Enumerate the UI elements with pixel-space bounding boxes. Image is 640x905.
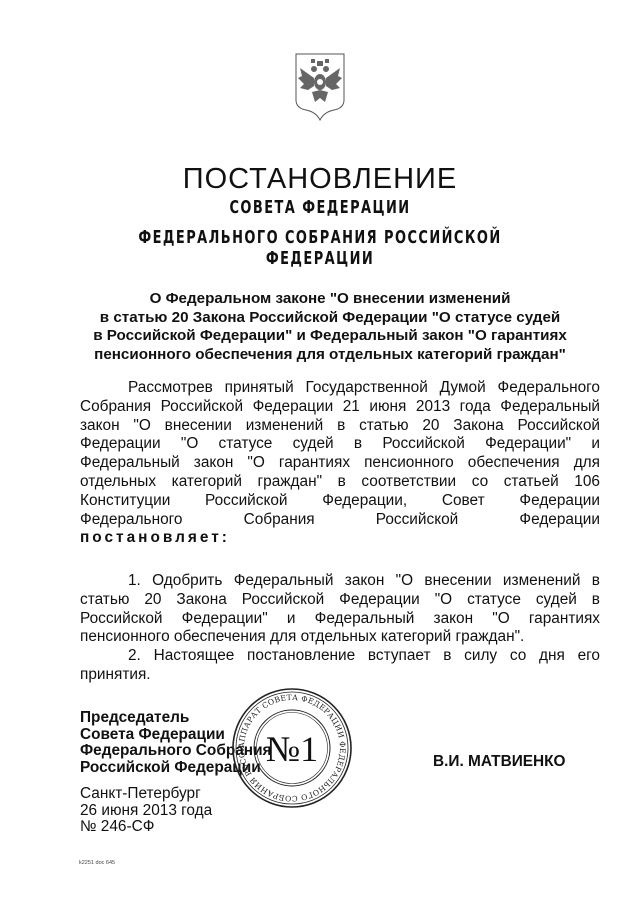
item-line: 2. Настоящее постановление вступает в си… (80, 647, 600, 666)
preamble-line: Федерального Собрания Российской Федерац… (80, 511, 600, 530)
heading-line: О Федеральном законе "О внесении изменен… (80, 290, 580, 309)
preamble-line: Федеральный закон "О гарантиях пенсионно… (80, 454, 600, 473)
document-number: № 246-СФ (80, 819, 212, 836)
document-subtitle-council: СОВЕТА ФЕДЕРАЦИИ (90, 197, 551, 218)
signer-name: В.И. МАТВИЕНКО (433, 753, 566, 771)
heading-line: в Российской Федерации" и Федеральный за… (80, 327, 580, 346)
heading-line: в статью 20 Закона Российской Федерации … (80, 309, 580, 328)
preamble-line: Федерации "О статусе судей в Российской … (80, 435, 600, 454)
footer-code: k2251 doc 645 (79, 860, 115, 866)
place: Санкт-Петербург (80, 786, 212, 803)
resolves-word: постановляет: (80, 529, 600, 548)
stamp-number: №1 (266, 729, 318, 769)
resolution-items: 1. Одобрить Федеральный закон "О внесени… (80, 572, 600, 685)
item-line: Российской Федерации" и Федеральный зако… (80, 610, 600, 629)
coat-of-arms-icon (292, 52, 348, 122)
official-stamp-icon: АППАРАТ СОВЕТА ФЕДЕРАЦИИ ФЕДЕРАЛЬНОГО СО… (230, 686, 354, 810)
document-subtitle-assembly: ФЕДЕРАЛЬНОГО СОБРАНИЯ РОССИЙСКОЙ ФЕДЕРАЦ… (90, 227, 551, 269)
resolution-heading: О Федеральном законе "О внесении изменен… (80, 290, 580, 364)
preamble-paragraph: Рассмотрев принятый Государственной Думо… (80, 379, 600, 548)
place-and-date: Санкт-Петербург 26 июня 2013 года № 246-… (80, 786, 212, 836)
date: 26 июня 2013 года (80, 803, 212, 820)
preamble-line: отдельных категорий граждан" в соответст… (80, 473, 600, 492)
item-line: 1. Одобрить Федеральный закон "О внесени… (80, 572, 600, 591)
preamble-line: Собрания Российской Федерации 21 июня 20… (80, 398, 600, 417)
document-title: ПОСТАНОВЛЕНИЕ (0, 163, 640, 196)
item-line: статью 20 Закона Российской Федерации "О… (80, 591, 600, 610)
preamble-line: закон "О внесении изменений в статью 20 … (80, 417, 600, 436)
heading-line: пенсионного обеспечения для отдельных ка… (80, 346, 580, 365)
item-line: пенсионного обеспечения для отдельных ка… (80, 628, 600, 647)
item-line: принятия. (80, 666, 600, 685)
preamble-line: Рассмотрев принятый Государственной Думо… (80, 379, 600, 398)
preamble-line: Конституции Российской Федерации, Совет … (80, 492, 600, 511)
